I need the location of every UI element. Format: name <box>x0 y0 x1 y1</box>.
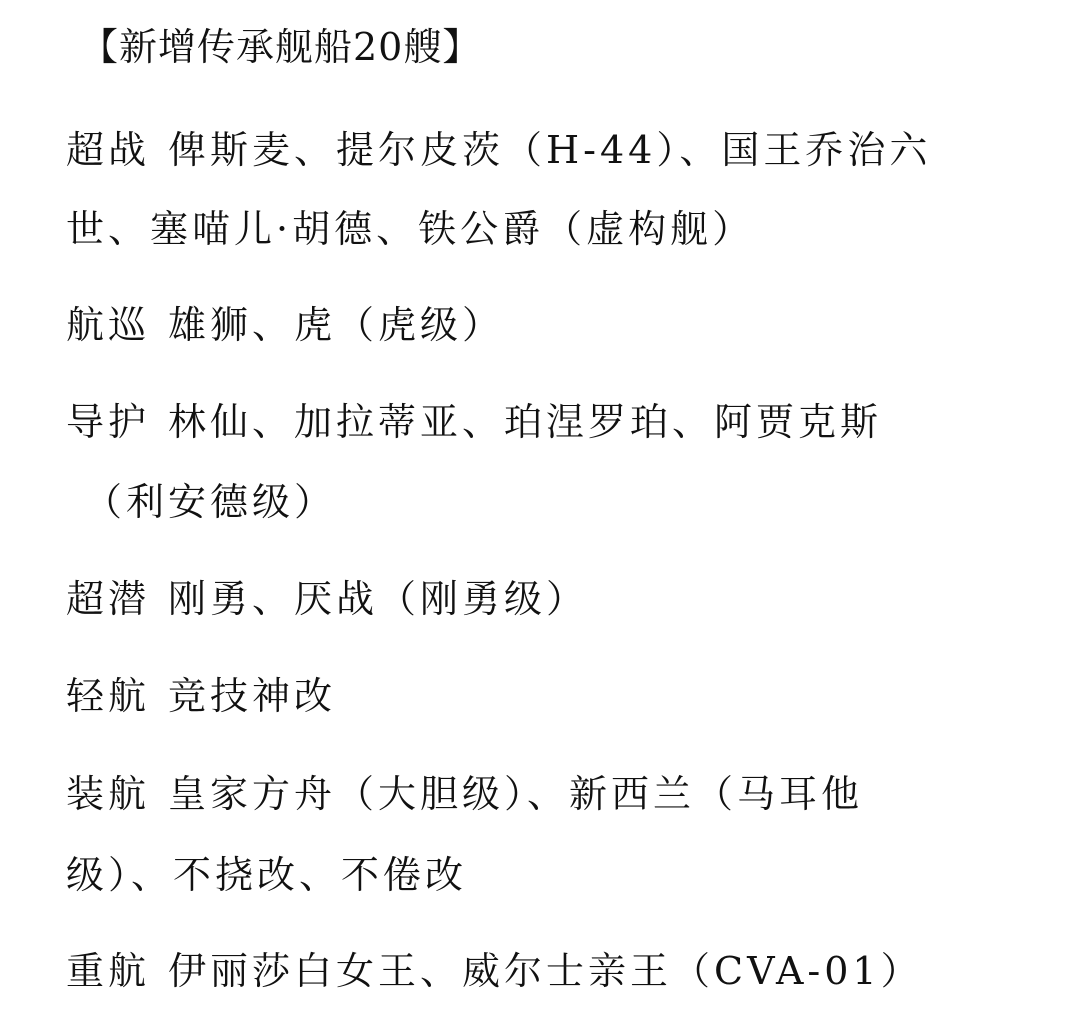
entry-super-battleship-line-2: 世、塞喵儿·胡德、铁公爵（虚构舰） <box>66 204 754 254</box>
entry-text: 皇家方舟（大胆级）、新西兰（马耳他 <box>168 772 863 816</box>
category-label: 超潜 <box>66 577 150 621</box>
entry-missile-escort-line-2: （利安德级） <box>84 477 336 527</box>
entry-text: 级）、不挠改、不倦改 <box>66 853 467 897</box>
entry-text: 雄狮、虎（虎级） <box>168 303 504 347</box>
category-label: 导护 <box>66 400 150 444</box>
entry-armored-carrier-line-1: 装航皇家方舟（大胆级）、新西兰（马耳他 <box>66 769 863 819</box>
entry-aviation-cruiser: 航巡雄狮、虎（虎级） <box>66 300 504 350</box>
entry-text: 竞技神改 <box>168 674 336 718</box>
entry-heavy-carrier: 重航伊丽莎白女王、威尔士亲王（CVA-01） <box>66 946 923 996</box>
entry-missile-escort-line-1: 导护林仙、加拉蒂亚、珀涅罗珀、阿贾克斯 <box>66 397 882 447</box>
entry-text: 伊丽莎白女王、威尔士亲王（CVA-01） <box>168 949 923 993</box>
entry-armored-carrier-line-2: 级）、不挠改、不倦改 <box>66 850 467 900</box>
category-label: 装航 <box>66 772 150 816</box>
document-heading: 【新增传承舰船20艘】 <box>80 22 481 72</box>
entry-super-battleship-line-1: 超战俾斯麦、提尔皮茨（H-44）、国王乔治六 <box>66 125 931 175</box>
entry-light-carrier: 轻航竞技神改 <box>66 671 336 721</box>
entry-text: 刚勇、厌战（刚勇级） <box>168 577 588 621</box>
entry-text: （利安德级） <box>84 480 336 524</box>
category-label: 超战 <box>66 128 150 172</box>
entry-text: 林仙、加拉蒂亚、珀涅罗珀、阿贾克斯 <box>168 400 882 444</box>
category-label: 轻航 <box>66 674 150 718</box>
category-label: 航巡 <box>66 303 150 347</box>
category-label: 重航 <box>66 949 150 993</box>
entry-super-submarine: 超潜刚勇、厌战（刚勇级） <box>66 574 588 624</box>
entry-text: 世、塞喵儿·胡德、铁公爵（虚构舰） <box>66 207 754 251</box>
entry-text: 俾斯麦、提尔皮茨（H-44）、国王乔治六 <box>168 128 931 172</box>
